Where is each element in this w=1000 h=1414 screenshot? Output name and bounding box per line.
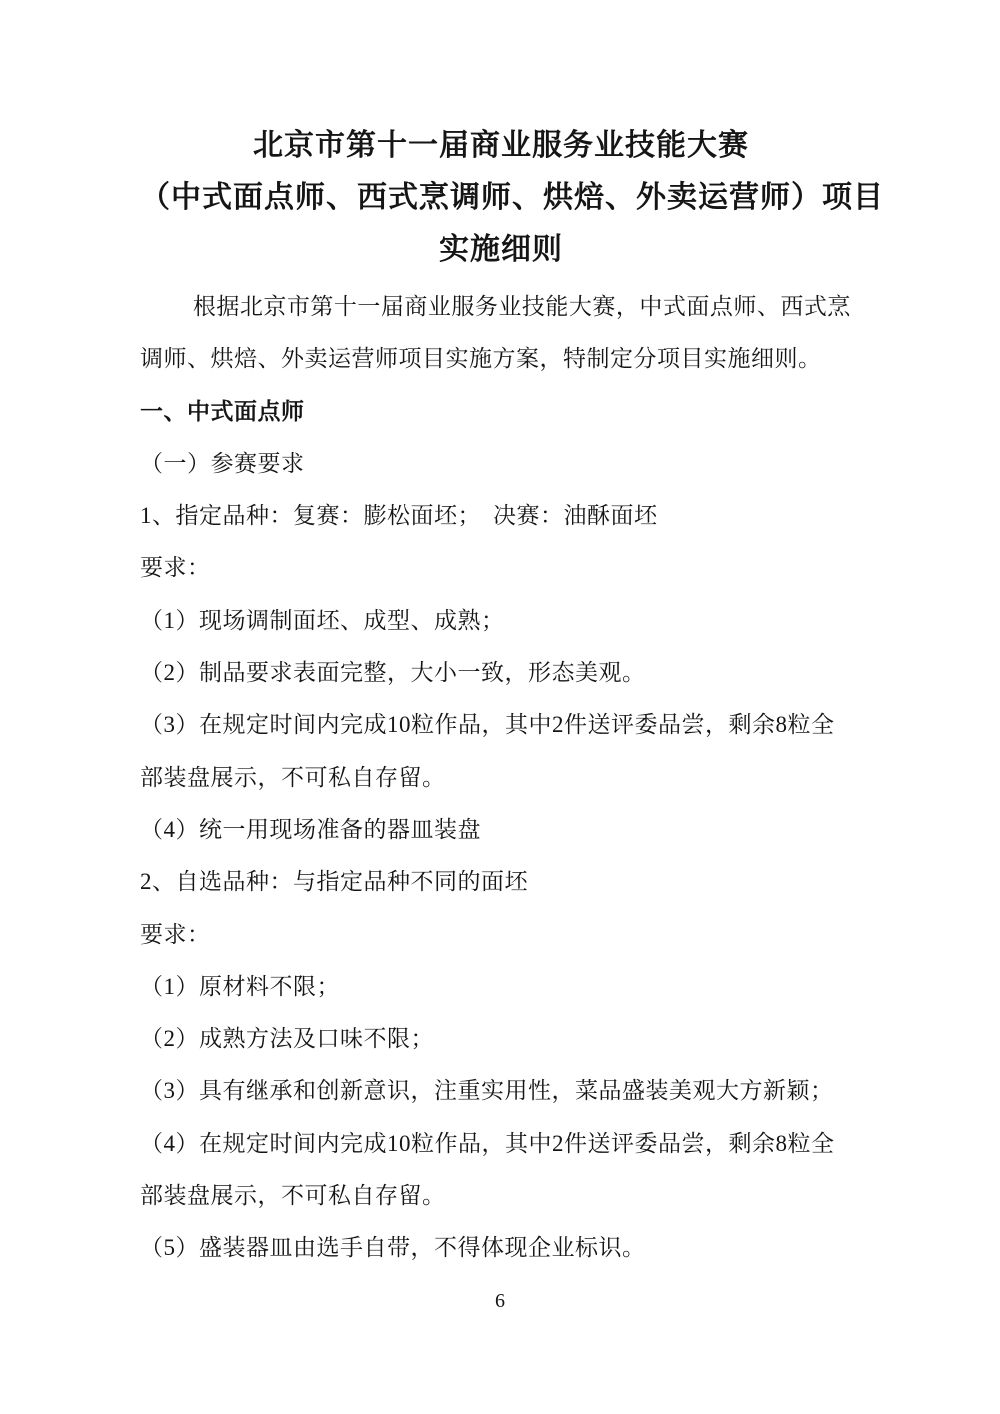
document-title-line-3: 实施细则 — [140, 224, 862, 276]
body-line: 1、指定品种：复赛：膨松面坯； 决赛：油酥面坯 — [140, 490, 862, 542]
document-title-line-2: （中式面点师、西式烹调师、烘焙、外卖运营师）项目 — [140, 172, 862, 224]
paragraph-intro-line: 调师、烘焙、外卖运营师项目实施方案，特制定分项目实施细则。 — [140, 333, 862, 385]
body-line: （1）现场调制面坯、成型、成熟； — [140, 595, 862, 647]
body-line: （2）成熟方法及口味不限； — [140, 1013, 862, 1065]
body-line: （3）具有继承和创新意识，注重实用性，菜品盛装美观大方新颖； — [140, 1065, 862, 1117]
subsection-heading: （一）参赛要求 — [140, 438, 862, 490]
page-number: 6 — [0, 1288, 1000, 1314]
body-line: （4）在规定时间内完成10粒作品，其中2件送评委品尝，剩余8粒全 — [140, 1118, 862, 1170]
document-content: 北京市第十一届商业服务业技能大赛 （中式面点师、西式烹调师、烘焙、外卖运营师）项… — [140, 120, 862, 1275]
section-heading: 一、中式面点师 — [140, 386, 862, 438]
body-line: （4）统一用现场准备的器皿装盘 — [140, 804, 862, 856]
body-line: 要求： — [140, 542, 862, 594]
body-line: 要求： — [140, 909, 862, 961]
paragraph-intro-line: 根据北京市第十一届商业服务业技能大赛，中式面点师、西式烹 — [140, 281, 862, 333]
body-line: 2、自选品种：与指定品种不同的面坯 — [140, 856, 862, 908]
body-line: （1）原材料不限； — [140, 961, 862, 1013]
body-line: （3）在规定时间内完成10粒作品，其中2件送评委品尝，剩余8粒全 — [140, 699, 862, 751]
body-line: （2）制品要求表面完整，大小一致，形态美观。 — [140, 647, 862, 699]
body-line: 部装盘展示，不可私自存留。 — [140, 1170, 862, 1222]
document-title-line-1: 北京市第十一届商业服务业技能大赛 — [140, 120, 862, 172]
document-page: 北京市第十一届商业服务业技能大赛 （中式面点师、西式烹调师、烘焙、外卖运营师）项… — [0, 0, 1000, 1414]
body-line: （5）盛装器皿由选手自带，不得体现企业标识。 — [140, 1222, 862, 1274]
body-line: 部装盘展示，不可私自存留。 — [140, 752, 862, 804]
